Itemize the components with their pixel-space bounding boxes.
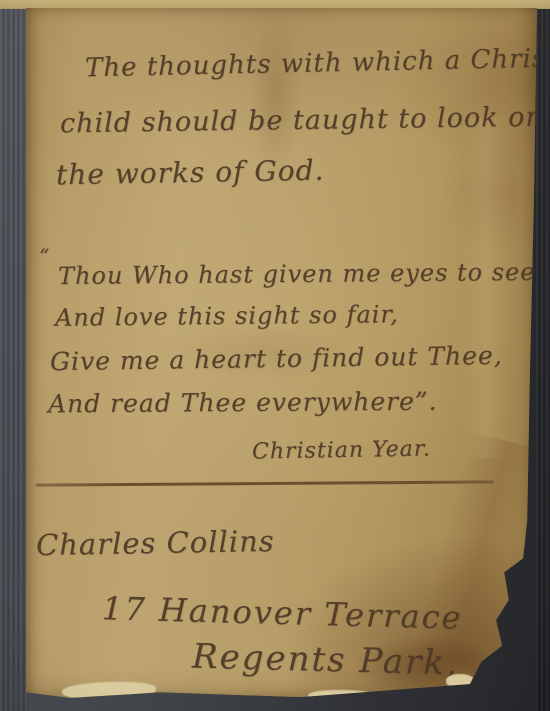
verse-line-3: Give me a heart to find out Thee, [50,341,503,376]
dark-backing-right [536,9,550,711]
torn-edge-chip [446,674,474,688]
torn-edge-chip [308,689,378,703]
verse-line-1: Thou Who hast given me eyes to see [58,258,536,290]
title-line-3: the works of God. [56,154,325,192]
photo-of-handwritten-inscription: The thoughts with which a Christian chil… [0,0,550,711]
signature-address-line-1: 17 Hanover Terrace [102,589,463,636]
verse-attribution: Christian Year. [252,436,431,464]
signature-name: Charles Collins [36,524,275,562]
dark-backing-left [0,9,28,711]
aged-note-paper: The thoughts with which a Christian chil… [26,8,538,702]
title-line-2: child should be taught to look on [60,102,544,140]
verse-line-4: And read Thee everywhere”. [48,387,438,419]
paper-crease [414,432,547,675]
paper-stain [438,128,550,258]
signature-address-line-2: Regents Park, [192,637,460,684]
title-line-1: The thoughts with which a Christian [85,43,550,84]
paper-sheen [464,118,508,458]
torn-edge-chip [62,680,157,700]
verse-open-quote: “ [39,244,50,268]
handdrawn-divider-line [36,480,494,486]
verse-line-2: And love this sight so fair, [55,300,399,332]
